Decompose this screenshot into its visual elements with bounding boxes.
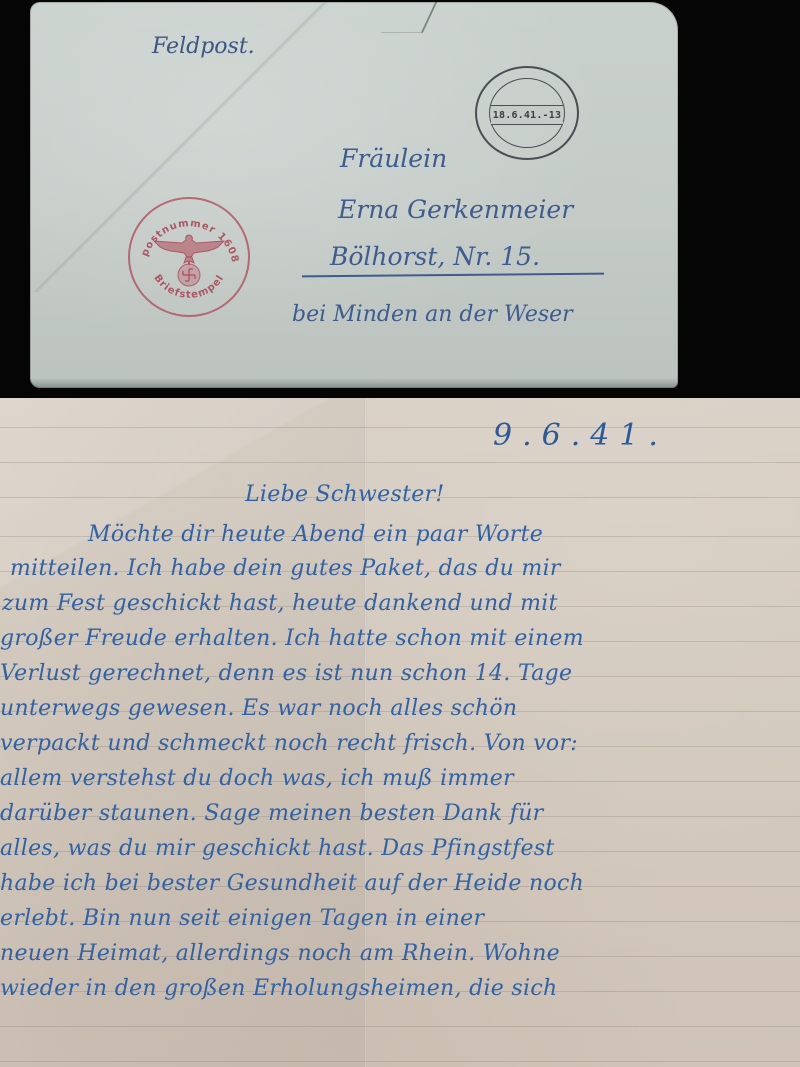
recipient-city: bei Minden an der Weser: [292, 302, 573, 327]
letter-line: darüber staunen. Sage meinen besten Dank…: [0, 801, 544, 826]
letter-line: allem verstehst du doch was, ich muß imm…: [0, 766, 514, 791]
postmark-date: 18.6.41.-13: [491, 105, 563, 125]
envelope-edge-shadow: [30, 378, 678, 388]
recipient-name: Erna Gerkenmeier: [338, 195, 573, 224]
recipient-title: Fräulein: [340, 144, 447, 173]
photo-background: 9.6.41. Liebe Schwester! Möchte dir heut…: [0, 0, 800, 1067]
letter-line: alles, was du mir geschickt hast. Das Pf…: [0, 836, 555, 861]
eagle-emblem-icon: Feldpostnummer 16083 B Briefstempel: [130, 199, 248, 315]
letter-line: mitteilen. Ich habe dein gutes Paket, da…: [10, 556, 561, 581]
letter-line: Verlust gerechnet, denn es ist nun schon…: [0, 661, 572, 686]
handwritten-letter: 9.6.41. Liebe Schwester! Möchte dir heut…: [0, 398, 800, 1067]
recipient-street: Bölhorst, Nr. 15.: [330, 242, 540, 271]
letter-line: erlebt. Bin nun seit einigen Tagen in ei…: [0, 906, 484, 931]
letter-line: zum Fest geschickt hast, heute dankend u…: [2, 591, 558, 616]
postmark-stamp: 18.6.41.-13: [475, 66, 579, 160]
letter-line: wieder in den großen Erholungsheimen, di…: [0, 976, 557, 1001]
letter-line: habe ich bei bester Gesundheit auf der H…: [0, 871, 584, 896]
letter-line: verpackt und schmeckt noch recht frisch.…: [0, 731, 578, 756]
letter-salutation: Liebe Schwester!: [245, 482, 444, 507]
envelope-tear: [381, 2, 437, 33]
unit-stamp: Feldpostnummer 16083 B Briefstempel: [128, 197, 250, 317]
feldpost-envelope: Feldpost. 18.6.41.-13 Feldpostnummer 160…: [30, 2, 678, 388]
letter-date: 9.6.41.: [493, 418, 668, 453]
letter-line: großer Freude erhalten. Ich hatte schon …: [0, 626, 584, 651]
letter-line: unterwegs gewesen. Es war noch alles sch…: [0, 696, 517, 721]
feldpost-label: Feldpost.: [152, 34, 255, 59]
letter-line: Möchte dir heute Abend ein paar Worte: [88, 522, 543, 547]
letter-line: neuen Heimat, allerdings noch am Rhein. …: [0, 941, 560, 966]
